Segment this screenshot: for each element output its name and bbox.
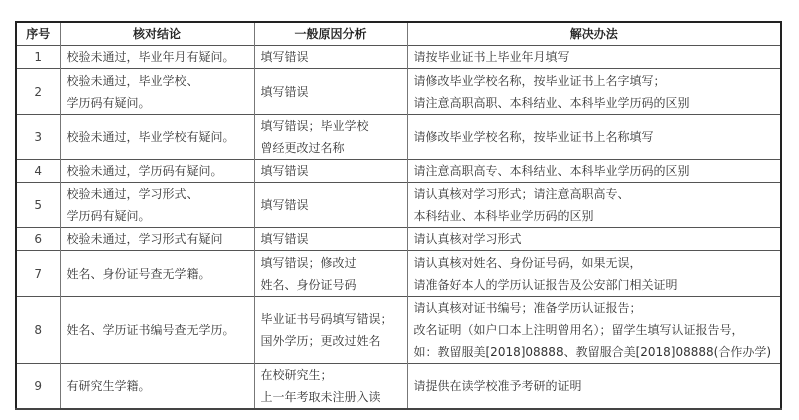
reason-cell: 在校研究生； 上一年考取未注册入读 xyxy=(254,364,407,410)
reason-cell: 填写错误 xyxy=(254,69,407,115)
result-cell: 校验未通过，学习形式有疑问 xyxy=(60,228,254,251)
solution-cell: 请注意高职高专、本科结业、本科毕业学历码的区别 xyxy=(407,160,781,183)
table-row: 2 校验未通过，毕业学校、 学历码有疑问。 填写错误 请修改毕业学校名称，按毕业… xyxy=(16,69,781,115)
reason-text: 在校研究生； xyxy=(261,364,401,386)
table-header-row: 序号 核对结论 一般原因分析 解决办法 xyxy=(16,22,781,46)
solution-cell: 请认真核对证书编号；准备学历认证报告； 改名证明（如户口本上注明曾用名）；留学生… xyxy=(407,297,781,364)
header-result: 核对结论 xyxy=(60,22,254,46)
table-row: 1 校验未通过，毕业年月有疑问。 填写错误 请按毕业证书上毕业年月填写 xyxy=(16,46,781,69)
result-text: 校验未通过，毕业年月有疑问。 xyxy=(67,46,248,68)
row-number: 5 xyxy=(16,183,60,228)
result-cell: 校验未通过，毕业学校、 学历码有疑问。 xyxy=(60,69,254,115)
result-cell: 校验未通过，学历码有疑问。 xyxy=(60,160,254,183)
row-number: 9 xyxy=(16,364,60,410)
row-number: 3 xyxy=(16,115,60,160)
solution-text: 请修改毕业学校名称，按毕业证书上名字填写； xyxy=(414,70,775,92)
result-text: 学历码有疑问。 xyxy=(67,205,248,227)
reason-text: 填写错误 xyxy=(261,228,401,250)
solution-cell: 请提供在读学校准予考研的证明 xyxy=(407,364,781,410)
result-cell: 校验未通过，毕业年月有疑问。 xyxy=(60,46,254,69)
result-cell: 有研究生学籍。 xyxy=(60,364,254,410)
reason-cell: 填写错误 xyxy=(254,183,407,228)
header-no: 序号 xyxy=(16,22,60,46)
result-text: 姓名、学历证书编号查无学历。 xyxy=(67,319,248,341)
solution-text: 如：教留服美[2018]08888、教留服合美[2018]08888(合作办学) xyxy=(414,341,775,363)
table-row: 4 校验未通过，学历码有疑问。 填写错误 请注意高职高专、本科结业、本科毕业学历… xyxy=(16,160,781,183)
table-row: 8 姓名、学历证书编号查无学历。 毕业证书号码填写错误； 国外学历；更改过姓名 … xyxy=(16,297,781,364)
row-number: 2 xyxy=(16,69,60,115)
result-text: 姓名、身份证号查无学籍。 xyxy=(67,263,248,285)
table-row: 6 校验未通过，学习形式有疑问 填写错误 请认真核对学习形式 xyxy=(16,228,781,251)
solution-text: 改名证明（如户口本上注明曾用名）；留学生填写认证报告号， xyxy=(414,319,775,341)
reason-cell: 填写错误 xyxy=(254,228,407,251)
result-text: 学历码有疑问。 xyxy=(67,92,248,114)
reason-text: 姓名、身份证号码 xyxy=(261,274,401,296)
solution-text: 本科结业、本科毕业学历码的区别 xyxy=(414,205,775,227)
result-cell: 姓名、学历证书编号查无学历。 xyxy=(60,297,254,364)
row-number: 6 xyxy=(16,228,60,251)
reason-text: 填写错误 xyxy=(261,160,401,182)
solution-text: 请注意高职高职、本科结业、本科毕业学历码的区别 xyxy=(414,92,775,114)
solution-text: 请认真核对姓名、身份证号码，如果无误， xyxy=(414,252,775,274)
table-row: 3 校验未通过，毕业学校有疑问。 填写错误；毕业学校 曾经更改过名称 请修改毕业… xyxy=(16,115,781,160)
reason-cell: 毕业证书号码填写错误； 国外学历；更改过姓名 xyxy=(254,297,407,364)
verification-results-table: 序号 核对结论 一般原因分析 解决办法 1 校验未通过，毕业年月有疑问。 填写错… xyxy=(15,21,782,410)
reason-text: 填写错误 xyxy=(261,194,401,216)
result-text: 校验未通过，学习形式有疑问 xyxy=(67,228,248,250)
reason-text: 毕业证书号码填写错误； xyxy=(261,308,401,330)
result-text: 校验未通过，毕业学校、 xyxy=(67,70,248,92)
reason-text: 填写错误；修改过 xyxy=(261,252,401,274)
row-number: 8 xyxy=(16,297,60,364)
reason-cell: 填写错误 xyxy=(254,46,407,69)
solution-text: 请提供在读学校准予考研的证明 xyxy=(414,375,775,397)
solution-text: 请认真核对证书编号；准备学历认证报告； xyxy=(414,297,775,319)
solution-cell: 请修改毕业学校名称，按毕业证书上名称填写 xyxy=(407,115,781,160)
result-cell: 校验未通过，毕业学校有疑问。 xyxy=(60,115,254,160)
solution-text: 请按毕业证书上毕业年月填写 xyxy=(414,46,775,68)
solution-cell: 请认真核对姓名、身份证号码，如果无误， 请准备好本人的学历认证报告及公安部门相关… xyxy=(407,251,781,297)
reason-text: 国外学历；更改过姓名 xyxy=(261,330,401,352)
solution-text: 请准备好本人的学历认证报告及公安部门相关证明 xyxy=(414,274,775,296)
solution-text: 请注意高职高专、本科结业、本科毕业学历码的区别 xyxy=(414,160,775,182)
header-reason: 一般原因分析 xyxy=(254,22,407,46)
result-text: 校验未通过，学历码有疑问。 xyxy=(67,160,248,182)
solution-text: 请修改毕业学校名称，按毕业证书上名称填写 xyxy=(414,126,775,148)
result-text: 有研究生学籍。 xyxy=(67,375,248,397)
reason-text: 填写错误；毕业学校 xyxy=(261,115,401,137)
table-row: 7 姓名、身份证号查无学籍。 填写错误；修改过 姓名、身份证号码 请认真核对姓名… xyxy=(16,251,781,297)
row-number: 1 xyxy=(16,46,60,69)
header-solution: 解决办法 xyxy=(407,22,781,46)
reason-text: 填写错误 xyxy=(261,81,401,103)
solution-cell: 请按毕业证书上毕业年月填写 xyxy=(407,46,781,69)
reason-cell: 填写错误 xyxy=(254,160,407,183)
result-text: 校验未通过，学习形式、 xyxy=(67,183,248,205)
result-text: 校验未通过，毕业学校有疑问。 xyxy=(67,126,248,148)
reason-text: 曾经更改过名称 xyxy=(261,137,401,159)
reason-text: 填写错误 xyxy=(261,46,401,68)
result-cell: 姓名、身份证号查无学籍。 xyxy=(60,251,254,297)
solution-cell: 请修改毕业学校名称，按毕业证书上名字填写； 请注意高职高职、本科结业、本科毕业学… xyxy=(407,69,781,115)
solution-cell: 请认真核对学习形式 xyxy=(407,228,781,251)
reason-text: 上一年考取未注册入读 xyxy=(261,386,401,408)
table-row: 5 校验未通过，学习形式、 学历码有疑问。 填写错误 请认真核对学习形式；请注意… xyxy=(16,183,781,228)
solution-text: 请认真核对学习形式；请注意高职高专、 xyxy=(414,183,775,205)
solution-cell: 请认真核对学习形式；请注意高职高专、 本科结业、本科毕业学历码的区别 xyxy=(407,183,781,228)
table-row: 9 有研究生学籍。 在校研究生； 上一年考取未注册入读 请提供在读学校准予考研的… xyxy=(16,364,781,410)
result-cell: 校验未通过，学习形式、 学历码有疑问。 xyxy=(60,183,254,228)
solution-text: 请认真核对学习形式 xyxy=(414,228,775,250)
row-number: 4 xyxy=(16,160,60,183)
reason-cell: 填写错误；毕业学校 曾经更改过名称 xyxy=(254,115,407,160)
row-number: 7 xyxy=(16,251,60,297)
reason-cell: 填写错误；修改过 姓名、身份证号码 xyxy=(254,251,407,297)
